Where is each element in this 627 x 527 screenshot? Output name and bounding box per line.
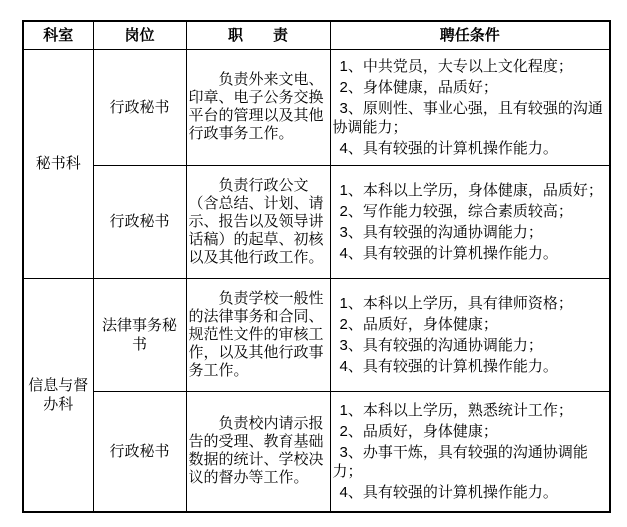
position-cell: 行政秘书: [93, 49, 186, 165]
header-cell-duties: 职 责: [186, 21, 330, 49]
condition-item: 2、写作能力较强，综合素质较高；: [333, 202, 610, 221]
table-row: 行政秘书 负责校内请示报告的受理、教育基础数据的统计、学校决议的督办等工作。 1…: [23, 391, 610, 512]
recruitment-table: 科室 岗位 职 责 聘任条件 秘书科 行政秘书 负责外来文电、印章、电子公务交换…: [22, 20, 611, 513]
header-cell-conditions: 聘任条件: [330, 21, 610, 49]
page: 科室 岗位 职 责 聘任条件 秘书科 行政秘书 负责外来文电、印章、电子公务交换…: [0, 0, 627, 527]
conditions-cell: 1、本科以上学历，具有律师资格； 2、品质好，身体健康； 3、具有较强的沟通协调…: [330, 278, 610, 391]
duty-text: 负责校内请示报告的受理、教育基础数据的统计、学校决议的督办等工作。: [189, 415, 328, 487]
condition-item: 3、原则性、事业心强，且有较强的沟通协调能力；: [333, 99, 610, 137]
duty-text: 负责行政公文（含总结、计划、请示、报告以及领导讲话稿）的起草、初核以及其他行政工…: [189, 177, 328, 267]
condition-item: 2、品质好，身体健康；: [333, 315, 610, 334]
condition-item: 3、办事干炼，具有较强的沟通协调能力；: [333, 443, 610, 481]
duty-cell: 负责学校一般性的法律事务和合同、规范性文件的审核工作，以及其他行政事务工作。: [186, 278, 330, 391]
conditions-cell: 1、中共党员，大专以上文化程度； 2、身体健康，品质好； 3、原则性、事业心强，…: [330, 49, 610, 165]
duty-text: 负责外来文电、印章、电子公务交换平台的管理以及其他行政事务工作。: [189, 71, 328, 143]
condition-item: 1、本科以上学历，具有律师资格；: [333, 294, 610, 313]
condition-item: 3、具有较强的沟通协调能力；: [333, 336, 610, 355]
condition-item: 2、品质好，身体健康；: [333, 422, 610, 441]
department-cell: 秘书科: [23, 49, 93, 278]
header-cell-position: 岗位: [93, 21, 186, 49]
table-row: 行政秘书 负责行政公文（含总结、计划、请示、报告以及领导讲话稿）的起草、初核以及…: [23, 165, 610, 278]
condition-item: 1、中共党员，大专以上文化程度；: [333, 57, 610, 76]
condition-item: 1、本科以上学历，熟悉统计工作；: [333, 401, 610, 420]
condition-item: 2、身体健康，品质好；: [333, 78, 610, 97]
table-row: 信息与督办科 法律事务秘书 负责学校一般性的法律事务和合同、规范性文件的审核工作…: [23, 278, 610, 391]
condition-item: 1、本科以上学历，身体健康，品质好；: [333, 181, 610, 200]
condition-item: 4、具有较强的计算机操作能力。: [333, 357, 610, 376]
conditions-cell: 1、本科以上学历，熟悉统计工作； 2、品质好，身体健康； 3、办事干炼，具有较强…: [330, 391, 610, 512]
duty-cell: 负责校内请示报告的受理、教育基础数据的统计、学校决议的督办等工作。: [186, 391, 330, 512]
condition-item: 4、具有较强的计算机操作能力。: [333, 244, 610, 263]
duty-cell: 负责行政公文（含总结、计划、请示、报告以及领导讲话稿）的起草、初核以及其他行政工…: [186, 165, 330, 278]
duty-text: 负责学校一般性的法律事务和合同、规范性文件的审核工作，以及其他行政事务工作。: [189, 290, 328, 380]
position-cell: 法律事务秘书: [93, 278, 186, 391]
position-cell: 行政秘书: [93, 165, 186, 278]
header-row: 科室 岗位 职 责 聘任条件: [23, 21, 610, 49]
condition-item: 4、具有较强的计算机操作能力。: [333, 139, 610, 158]
position-cell: 行政秘书: [93, 391, 186, 512]
condition-item: 4、具有较强的计算机操作能力。: [333, 483, 610, 502]
department-cell: 信息与督办科: [23, 278, 93, 512]
condition-item: 3、具有较强的沟通协调能力；: [333, 223, 610, 242]
table-row: 秘书科 行政秘书 负责外来文电、印章、电子公务交换平台的管理以及其他行政事务工作…: [23, 49, 610, 165]
header-cell-department: 科室: [23, 21, 93, 49]
conditions-cell: 1、本科以上学历，身体健康，品质好； 2、写作能力较强，综合素质较高； 3、具有…: [330, 165, 610, 278]
duty-cell: 负责外来文电、印章、电子公务交换平台的管理以及其他行政事务工作。: [186, 49, 330, 165]
